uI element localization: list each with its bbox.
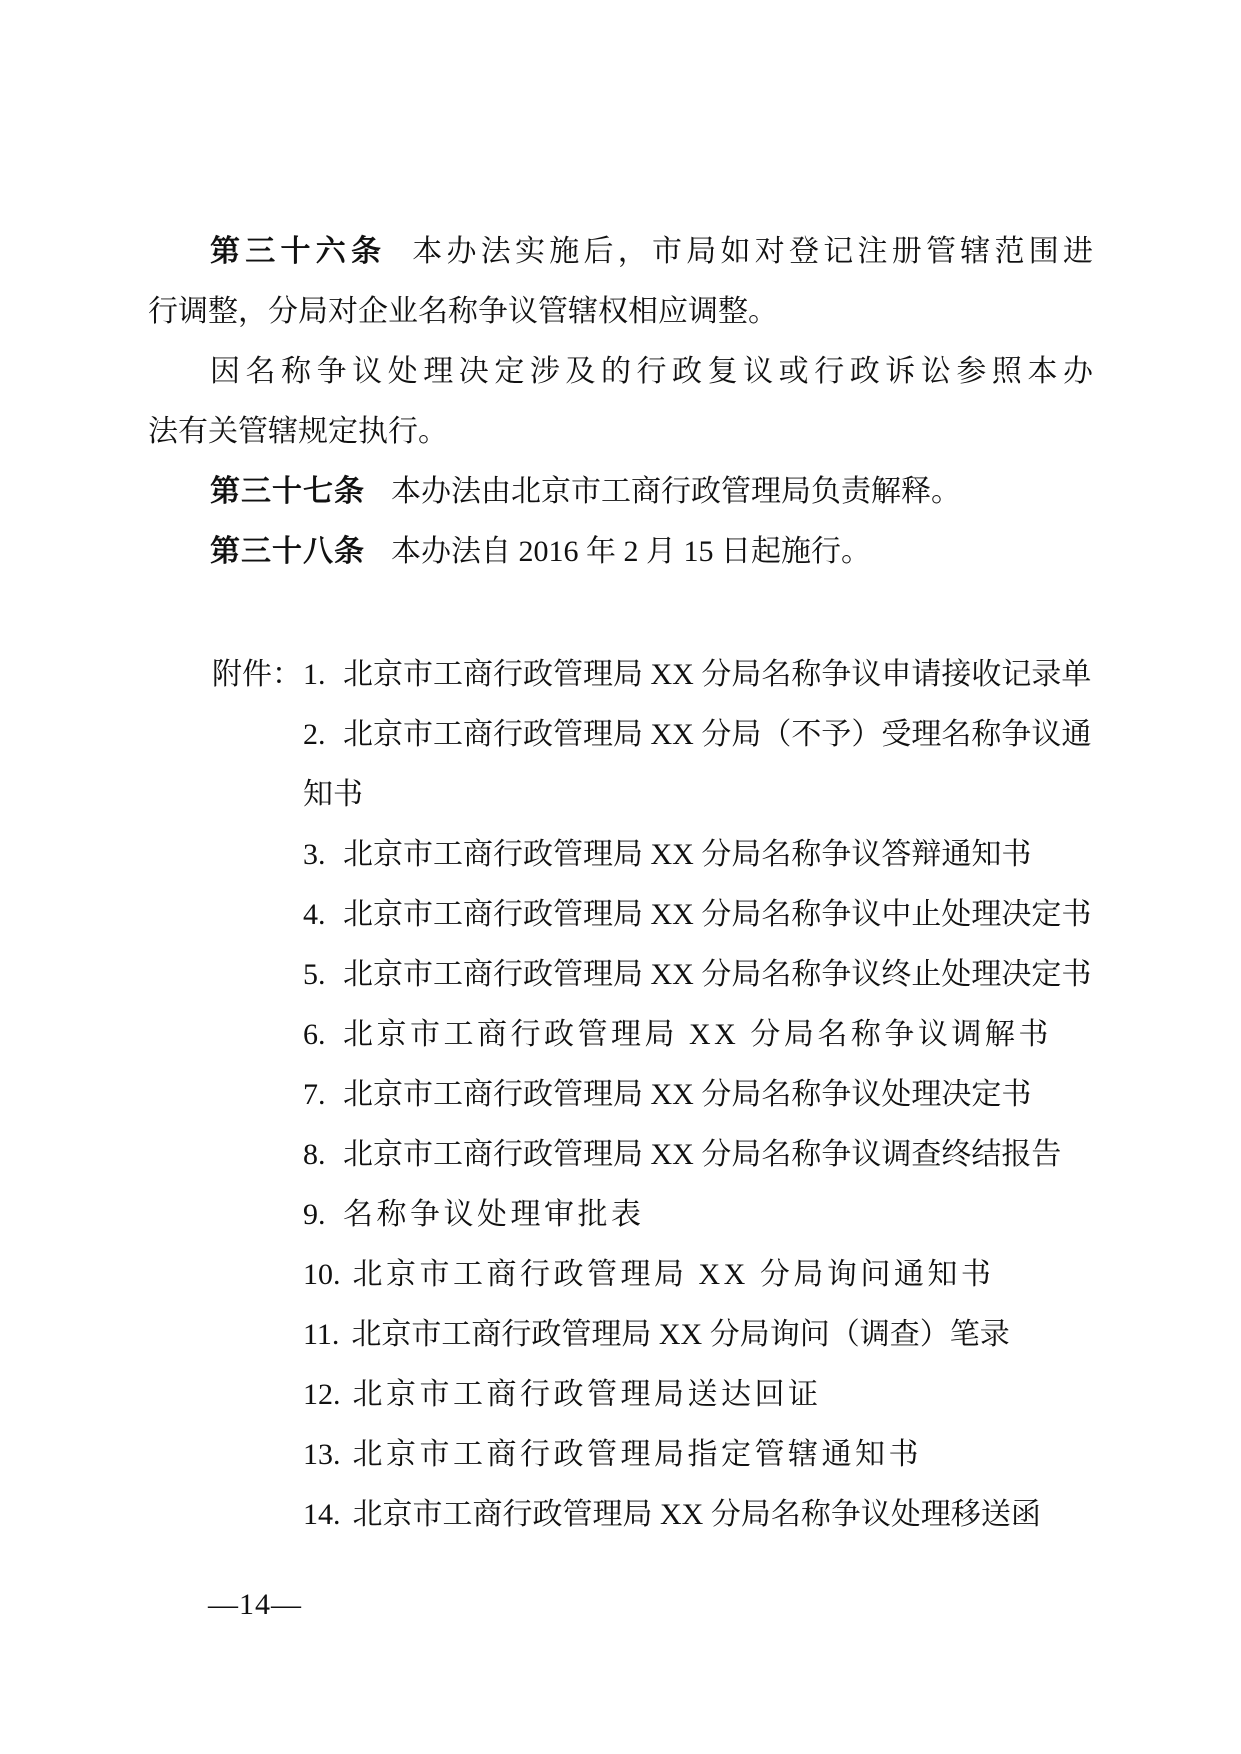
attachment-item-4: 4.北京市工商行政管理局 XX 分局名称争议中止处理决定书 — [303, 885, 1093, 945]
attachment-item-7: 7.北京市工商行政管理局 XX 分局名称争议处理决定书 — [303, 1065, 1093, 1125]
attachment-item-8-number: 8. — [303, 1125, 331, 1185]
attachment-item-1-number: 1. — [303, 645, 331, 705]
document-page: 第三十六条本办法实施后，市局如对登记注册管辖范围进 行调整，分局对企业名称争议管… — [0, 0, 1241, 1754]
article-36-heading: 第三十六条 — [210, 235, 386, 268]
attachment-item-3-number: 3. — [303, 825, 331, 885]
attachment-item-12-number: 12. — [303, 1365, 341, 1425]
article-37-text: 本办法由北京市工商行政管理局负责解释。 — [391, 475, 961, 508]
scope-line-2: 法有关管辖规定执行。 — [148, 402, 1093, 462]
attachment-item-7-number: 7. — [303, 1065, 331, 1125]
attachment-item-6-number: 6. — [303, 1005, 331, 1065]
attachment-item-2: 2.北京市工商行政管理局 XX 分局（不予）受理名称争议通知书 — [303, 705, 1093, 825]
attachment-item-13-title: 北京市工商行政管理局指定管辖通知书 — [353, 1438, 923, 1471]
attachment-item-14-title: 北京市工商行政管理局 XX 分局名称争议处理移送函 — [353, 1498, 1041, 1531]
attachment-item-5-number: 5. — [303, 945, 331, 1005]
attachment-item-3-title: 北京市工商行政管理局 XX 分局名称争议答辩通知书 — [343, 838, 1031, 871]
attachment-item-10-title: 北京市工商行政管理局 XX 分局询问通知书 — [353, 1258, 995, 1291]
attachment-item-1-title: 北京市工商行政管理局 XX 分局名称争议申请接收记录单 — [343, 658, 1091, 691]
attachment-item-9-title: 名称争议处理审批表 — [343, 1198, 645, 1231]
paragraph-article-38: 第三十八条本办法自 2016 年 2 月 15 日起施行。 — [148, 522, 1093, 582]
article-38-line-1: 第三十八条本办法自 2016 年 2 月 15 日起施行。 — [148, 522, 1093, 582]
article-36-text-line-2: 行调整，分局对企业名称争议管辖权相应调整。 — [148, 295, 778, 328]
paragraph-article-36: 第三十六条本办法实施后，市局如对登记注册管辖范围进 行调整，分局对企业名称争议管… — [148, 222, 1093, 342]
attachment-item-2-title: 北京市工商行政管理局 XX 分局（不予）受理名称争议通知书 — [303, 718, 1091, 811]
attachment-item-14: 14.北京市工商行政管理局 XX 分局名称争议处理移送函 — [303, 1485, 1093, 1545]
attachment-item-6: 6.北京市工商行政管理局 XX 分局名称争议调解书 — [303, 1005, 1093, 1065]
attachment-item-12: 12.北京市工商行政管理局送达回证 — [303, 1365, 1093, 1425]
attachment-item-12-title: 北京市工商行政管理局送达回证 — [353, 1378, 822, 1411]
attachment-item-11-title: 北京市工商行政管理局 XX 分局询问（调查）笔录 — [351, 1318, 1009, 1351]
attachment-item-3: 3.北京市工商行政管理局 XX 分局名称争议答辩通知书 — [303, 825, 1093, 885]
attachment-item-8: 8.北京市工商行政管理局 XX 分局名称争议调查终结报告 — [303, 1125, 1093, 1185]
attachment-item-13: 13.北京市工商行政管理局指定管辖通知书 — [303, 1425, 1093, 1485]
attachments-section: 附件： 1.北京市工商行政管理局 XX 分局名称争议申请接收记录单 2.北京市工… — [148, 645, 1093, 1545]
attachment-item-11-number: 11. — [303, 1305, 339, 1365]
article-38-text: 本办法自 2016 年 2 月 15 日起施行。 — [391, 535, 871, 568]
attachment-item-9-number: 9. — [303, 1185, 331, 1245]
article-38-heading: 第三十八条 — [210, 535, 365, 568]
attachment-item-10: 10.北京市工商行政管理局 XX 分局询问通知书 — [303, 1245, 1093, 1305]
scope-line-1: 因名称争议处理决定涉及的行政复议或行政诉讼参照本办 — [148, 342, 1093, 402]
attachment-item-5-title: 北京市工商行政管理局 XX 分局名称争议终止处理决定书 — [343, 958, 1091, 991]
paragraph-scope: 因名称争议处理决定涉及的行政复议或行政诉讼参照本办 法有关管辖规定执行。 — [148, 342, 1093, 462]
page-number: —14— — [208, 1588, 302, 1622]
attachment-item-11: 11.北京市工商行政管理局 XX 分局询问（调查）笔录 — [303, 1305, 1093, 1365]
scope-text-line-2: 法有关管辖规定执行。 — [148, 415, 448, 448]
attachment-item-13-number: 13. — [303, 1425, 341, 1485]
attachment-item-4-number: 4. — [303, 885, 331, 945]
article-37-heading: 第三十七条 — [210, 475, 365, 508]
attachment-item-10-number: 10. — [303, 1245, 341, 1305]
attachment-item-7-title: 北京市工商行政管理局 XX 分局名称争议处理决定书 — [343, 1078, 1031, 1111]
attachment-item-4-title: 北京市工商行政管理局 XX 分局名称争议中止处理决定书 — [343, 898, 1091, 931]
paragraph-article-37: 第三十七条本办法由北京市工商行政管理局负责解释。 — [148, 462, 1093, 522]
article-36-text-line-1: 本办法实施后，市局如对登记注册管辖范围进 — [412, 235, 1093, 268]
document-body: 第三十六条本办法实施后，市局如对登记注册管辖范围进 行调整，分局对企业名称争议管… — [148, 222, 1093, 1545]
article-36-line-1: 第三十六条本办法实施后，市局如对登记注册管辖范围进 — [148, 222, 1093, 282]
attachment-item-2-number: 2. — [303, 705, 331, 765]
article-36-line-2: 行调整，分局对企业名称争议管辖权相应调整。 — [148, 282, 1093, 342]
attachment-item-5: 5.北京市工商行政管理局 XX 分局名称争议终止处理决定书 — [303, 945, 1093, 1005]
attachment-item-9: 9.名称争议处理审批表 — [303, 1185, 1093, 1245]
scope-text-line-1: 因名称争议处理决定涉及的行政复议或行政诉讼参照本办 — [210, 355, 1093, 388]
attachment-item-1: 1.北京市工商行政管理局 XX 分局名称争议申请接收记录单 — [303, 645, 1093, 705]
attachment-item-14-number: 14. — [303, 1485, 341, 1545]
attachments-label: 附件： — [212, 645, 307, 705]
attachment-item-6-title: 北京市工商行政管理局 XX 分局名称争议调解书 — [343, 1018, 1052, 1051]
article-37-line-1: 第三十七条本办法由北京市工商行政管理局负责解释。 — [148, 462, 1093, 522]
attachment-item-8-title: 北京市工商行政管理局 XX 分局名称争议调查终结报告 — [343, 1138, 1061, 1171]
